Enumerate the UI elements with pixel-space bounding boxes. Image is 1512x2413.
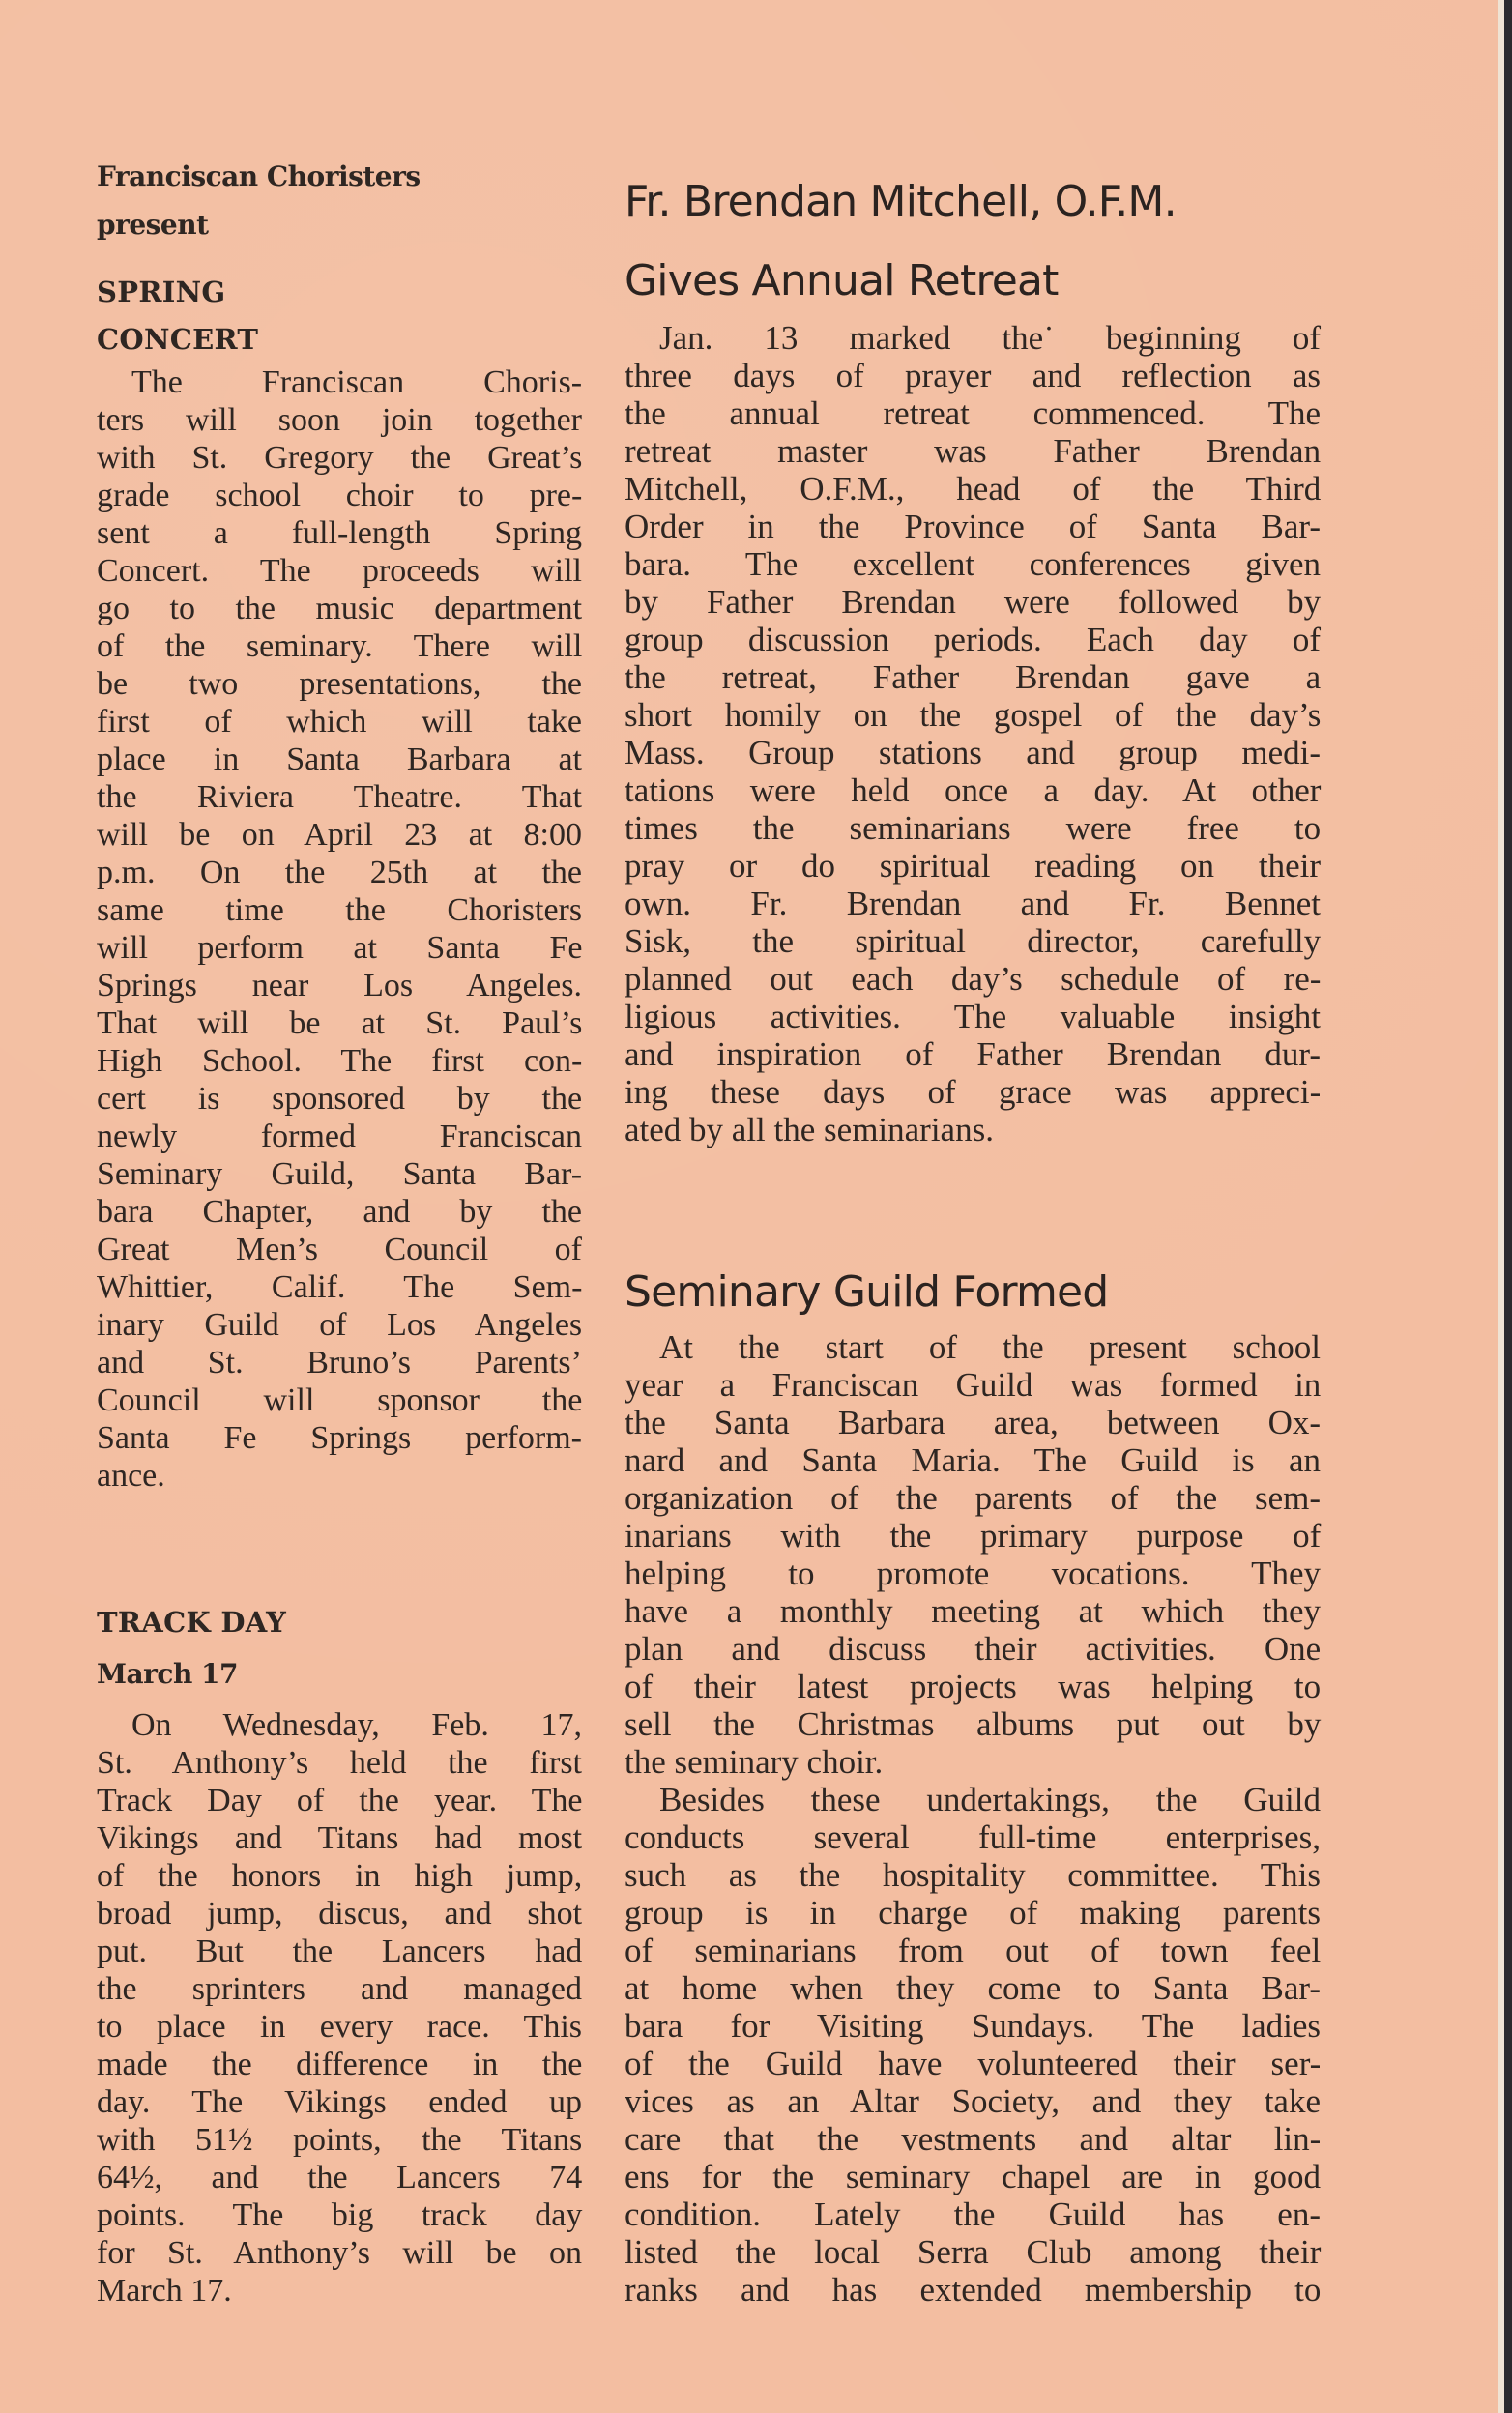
text-line: for St. Anthony’s will be on <box>97 2234 582 2272</box>
text-line: ters will soon join together <box>97 401 582 439</box>
text-line: Track Day of the year. The <box>97 1782 582 1819</box>
article-body: The Franciscan Choris- ters will soon jo… <box>97 363 582 1495</box>
text-line: group is in charge of making parents <box>625 1894 1321 1932</box>
text-line: planned out each day’s schedule of re- <box>625 960 1321 998</box>
text-line: organization of the parents of the sem- <box>625 1479 1321 1517</box>
text-line: That will be at St. Paul’s <box>97 1004 582 1042</box>
text-line: cert is sponsored by the <box>97 1080 582 1118</box>
text-line: 64½, and the Lancers 74 <box>97 2159 582 2196</box>
text-line: Concert. The proceeds will <box>97 552 582 590</box>
article-headline: Seminary Guild Formed <box>625 1265 1321 1321</box>
text-line: and inspiration of Father Brendan dur- <box>625 1035 1321 1073</box>
text-line: ated by all the seminarians. <box>625 1111 1321 1148</box>
text-line: short homily on the gospel of the day’s <box>625 696 1321 734</box>
text-line: nard and Santa Maria. The Guild is an <box>625 1441 1321 1479</box>
text-line: place in Santa Barbara at <box>97 741 582 778</box>
text-line: Council will sponsor the <box>97 1381 582 1419</box>
text-line: bara Chapter, and by the <box>97 1193 582 1231</box>
text-line: Vikings and Titans had most <box>97 1819 582 1857</box>
text-line: plan and discuss their activities. One <box>625 1630 1321 1668</box>
text-line: put. But the Lancers had <box>97 1933 582 1970</box>
track-day-article: TRACK DAY March 17 On Wednesday, Feb. 17… <box>97 1599 582 2310</box>
text-line: Santa Fe Springs perform- <box>97 1419 582 1457</box>
text-line: ligious activities. The valuable insight <box>625 998 1321 1035</box>
text-line: retreat master was Father Brendan <box>625 432 1321 470</box>
article-kicker: Franciscan Choristers <box>97 153 582 201</box>
text-line: care that the vestments and altar lin- <box>625 2120 1321 2158</box>
text-line: the sprinters and managed <box>97 1970 582 2008</box>
text-line: group discussion periods. Each day of <box>625 621 1321 658</box>
text-line: helping to promote vocations. They <box>625 1555 1321 1592</box>
text-line: three days of prayer and reflection as <box>625 357 1321 394</box>
text-line: condition. Lately the Guild has en- <box>625 2195 1321 2233</box>
text-line: of the seminary. There will <box>97 627 582 665</box>
text-line: The Franciscan Choris- <box>97 363 582 401</box>
article-title: TRACK DAY <box>97 1599 582 1646</box>
text-line: have a monthly meeting at which they <box>625 1592 1321 1630</box>
text-line: Sisk, the spiritual director, carefully <box>625 922 1321 960</box>
text-line: inarians with the primary purpose of <box>625 1517 1321 1555</box>
seminary-guild-article: Seminary Guild Formed At the start of th… <box>625 1265 1321 2309</box>
text-line: such as the hospitality committee. This <box>625 1856 1321 1894</box>
article-body: On Wednesday, Feb. 17, St. Anthony’s hel… <box>97 1706 582 2310</box>
text-line: of the honors in high jump, <box>97 1857 582 1895</box>
text-line: with 51½ points, the Titans <box>97 2121 582 2159</box>
text-line: ranks and has extended membership to <box>625 2271 1321 2309</box>
text-line: made the difference in the <box>97 2046 582 2083</box>
article-title: CONCERT <box>97 316 582 363</box>
text-line: inary Guild of Los Angeles <box>97 1306 582 1344</box>
text-line: the annual retreat commenced. The <box>625 394 1321 432</box>
text-line: by Father Brendan were followed by <box>625 583 1321 621</box>
text-line: listed the local Serra Club among their <box>625 2233 1321 2271</box>
text-line: Seminary Guild, Santa Bar- <box>97 1155 582 1193</box>
article-title: SPRING <box>97 269 582 316</box>
spring-concert-article: Franciscan Choristers present SPRING CON… <box>97 153 582 1495</box>
article-body: At the start of the present school year … <box>625 1328 1321 2309</box>
text-line: times the seminarians were free to <box>625 809 1321 847</box>
text-line: Great Men’s Council of <box>97 1231 582 1268</box>
text-line: High School. The first con- <box>97 1042 582 1080</box>
text-line: Mitchell, O.F.M., head of the Third <box>625 470 1321 508</box>
text-line: go to the music department <box>97 590 582 627</box>
article-kicker: present <box>97 201 582 249</box>
text-line: March 17. <box>97 2272 582 2310</box>
text-line: vices as an Altar Society, and they take <box>625 2082 1321 2120</box>
text-line: of the Guild have volunteered their ser- <box>625 2045 1321 2082</box>
text-line: day. The Vikings ended up <box>97 2083 582 2121</box>
text-line: Springs near Los Angeles. <box>97 967 582 1004</box>
text-line: sent a full-length Spring <box>97 514 582 552</box>
text-line: Mass. Group stations and group medi- <box>625 734 1321 771</box>
text-line: first of which will take <box>97 703 582 741</box>
text-line: and St. Bruno’s Parents’ <box>97 1344 582 1381</box>
text-line: of seminarians from out of town feel <box>625 1932 1321 1969</box>
text-line: p.m. On the 25th at the <box>97 854 582 891</box>
text-line: year a Franciscan Guild was formed in <box>625 1366 1321 1404</box>
text-line: be two presentations, the <box>97 665 582 703</box>
text-line: same time the Choristers <box>97 891 582 929</box>
text-line: will be on April 23 at 8:00 <box>97 816 582 854</box>
text-line: On Wednesday, Feb. 17, <box>97 1706 582 1744</box>
text-line: sell the Christmas albums put out by <box>625 1705 1321 1743</box>
text-line: with St. Gregory the Great’s <box>97 439 582 477</box>
text-line: pray or do spiritual reading on their <box>625 847 1321 885</box>
scan-border <box>1504 0 1512 2413</box>
text-line: ens for the seminary chapel are in good <box>625 2158 1321 2195</box>
text-line: the Santa Barbara area, between Ox- <box>625 1404 1321 1441</box>
text-line: at home when they come to Santa Bar- <box>625 1969 1321 2007</box>
article-date: March 17 <box>97 1646 582 1702</box>
text-line: grade school choir to pre- <box>97 477 582 514</box>
annual-retreat-article: Fr. Brendan Mitchell, O.F.M. Gives Annua… <box>625 174 1321 1148</box>
text-line: points. The big track day <box>97 2196 582 2234</box>
text-line: bara. The excellent conferences given <box>625 545 1321 583</box>
text-line: the retreat, Father Brendan gave a <box>625 658 1321 696</box>
text-line: bara for Visiting Sundays. The ladies <box>625 2007 1321 2045</box>
text-line: newly formed Franciscan <box>97 1118 582 1155</box>
text-line: to place in every race. This <box>97 2008 582 2046</box>
text-line: tations were held once a day. At other <box>625 771 1321 809</box>
article-headline: Fr. Brendan Mitchell, O.F.M. <box>625 174 1321 230</box>
text-line: will perform at Santa Fe <box>97 929 582 967</box>
text-line: ance. <box>97 1457 582 1495</box>
text-line: Besides these undertakings, the Guild <box>625 1781 1321 1818</box>
text-line: Order in the Province of Santa Bar- <box>625 508 1321 545</box>
text-line: St. Anthony’s held the first <box>97 1744 582 1782</box>
article-body: Jan. 13 marked the˙ beginning of three d… <box>625 319 1321 1148</box>
text-line: broad jump, discus, and shot <box>97 1895 582 1933</box>
text-line: of their latest projects was helping to <box>625 1668 1321 1705</box>
article-headline: Gives Annual Retreat <box>625 253 1321 309</box>
text-line: the seminary choir. <box>625 1743 1321 1781</box>
text-line: the Riviera Theatre. That <box>97 778 582 816</box>
text-line: Whittier, Calif. The Sem- <box>97 1268 582 1306</box>
text-line: ing these days of grace was appreci- <box>625 1073 1321 1111</box>
text-line: Jan. 13 marked the˙ beginning of <box>625 319 1321 357</box>
text-line: conducts several full-time enterprises, <box>625 1818 1321 1856</box>
text-line: own. Fr. Brendan and Fr. Bennet <box>625 885 1321 922</box>
text-line: At the start of the present school <box>625 1328 1321 1366</box>
